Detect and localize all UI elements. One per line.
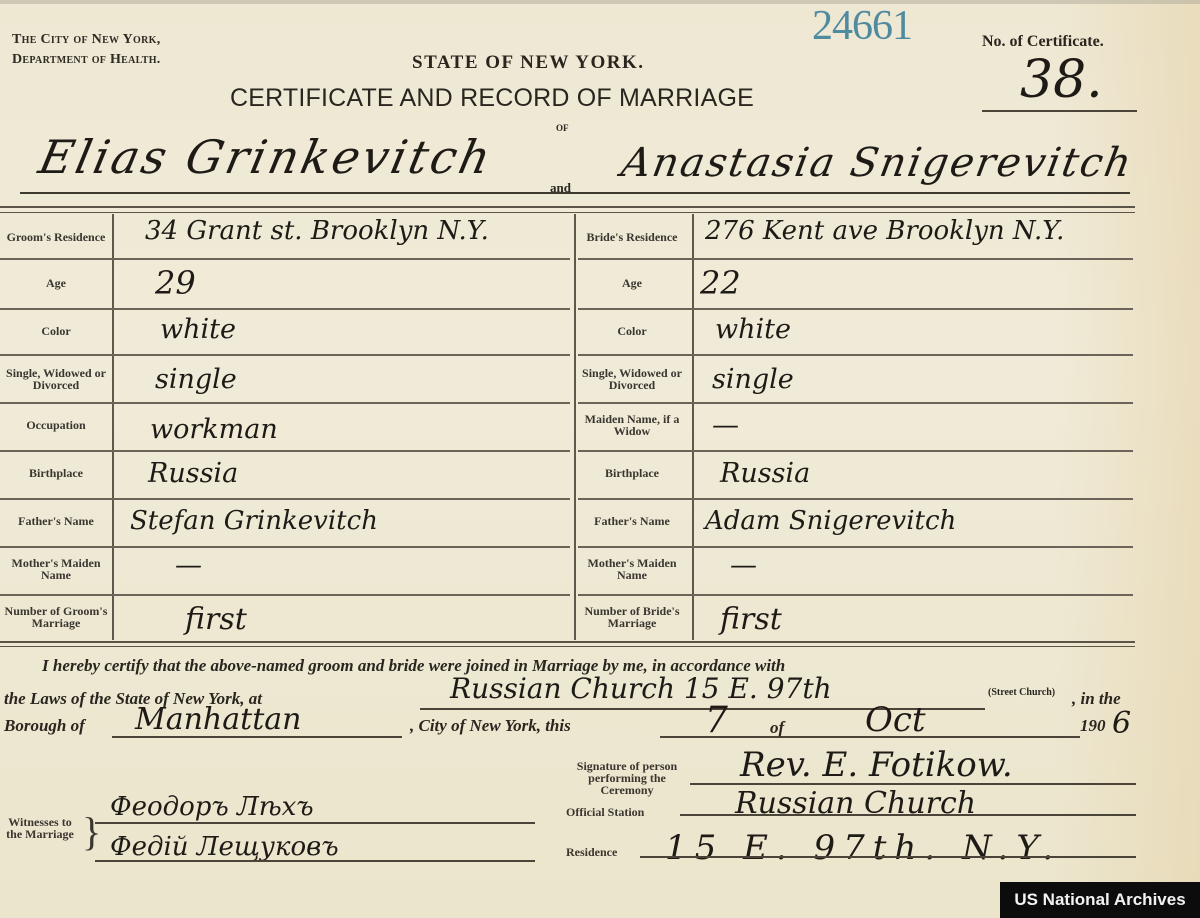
row-label: Father's Name (0, 504, 112, 538)
column-divider (112, 214, 114, 640)
row-rule (0, 308, 570, 310)
certificate-number-line (982, 110, 1137, 112)
top-edge (0, 0, 1200, 4)
witnesses-label: Witnesses to the Marriage (2, 816, 78, 840)
officiant-signature: Rev. E. Fotikow. (740, 745, 1013, 785)
bride-birthplace: Russia (720, 458, 810, 489)
row-label: Mother's Maiden Name (576, 552, 688, 586)
witness-2: Федій Лещуковъ (110, 832, 339, 862)
row-label: Color (0, 316, 112, 346)
groom-age: 29 (155, 264, 196, 302)
residence-label: Residence (566, 846, 617, 858)
row-rule (0, 498, 570, 500)
groom-occupation: workman (150, 414, 278, 445)
divider (0, 206, 1135, 208)
row-label: Number of Bride's Marriage (576, 596, 688, 638)
bride-residence: 276 Kent ave Brooklyn N.Y. (705, 216, 1064, 246)
witness-1: Феодоръ Лѣхъ (110, 792, 314, 822)
certification-line3-prefix: Borough of (4, 716, 85, 736)
row-rule (0, 402, 570, 404)
state-heading: STATE OF NEW YORK. (412, 52, 645, 74)
groom-father-name: Stefan Grinkevitch (130, 506, 378, 536)
year-suffix: 6 (1112, 706, 1131, 741)
borough: Manhattan (135, 702, 301, 737)
row-rule (0, 354, 570, 356)
groom-mother-name: — (175, 550, 202, 581)
row-rule (0, 450, 570, 452)
row-rule (0, 258, 570, 260)
certificate-number-label: No. of Certificate. (982, 33, 1104, 51)
row-rule (578, 546, 1133, 548)
document-title: CERTIFICATE AND RECORD OF MARRIAGE (230, 84, 754, 113)
row-label: Number of Groom's Marriage (0, 596, 112, 638)
row-rule (578, 402, 1133, 404)
station-underline (680, 814, 1136, 816)
certificate-number: 38. (1020, 50, 1103, 110)
brace-icon: } (82, 812, 101, 852)
bride-name: Anastasia Snigerevitch (618, 140, 1137, 186)
marriage-day: 7 (705, 700, 728, 741)
marriage-month: Oct (865, 700, 926, 740)
column-divider (692, 214, 694, 640)
year-prefix: 190 (1080, 716, 1106, 736)
street-church-note: (Street Church) (988, 688, 1055, 698)
row-label: Occupation (0, 410, 112, 440)
bride-age: 22 (700, 264, 741, 302)
row-label: Single, Widowed or Divorced (0, 358, 112, 400)
row-label: Age (0, 268, 112, 298)
groom-marriage-number: first (185, 602, 247, 637)
divider (0, 641, 1135, 643)
department-line1: The City of New York, (12, 30, 161, 50)
row-label: Birthplace (576, 458, 688, 488)
groom-color: white (160, 314, 236, 345)
row-label: Color (576, 316, 688, 346)
department-heading: The City of New York, Department of Heal… (12, 30, 161, 70)
bride-father-name: Adam Snigerevitch (705, 506, 956, 536)
marriage-place: Russian Church 15 E. 97th (450, 672, 832, 705)
row-rule (578, 258, 1133, 260)
certificate-paper: The City of New York, Department of Heal… (0, 0, 1200, 918)
bride-maiden-name: — (712, 410, 739, 441)
groom-status: single (155, 364, 237, 395)
row-rule (0, 546, 570, 548)
of-label: OF (556, 123, 569, 133)
source-watermark: US National Archives (1000, 882, 1200, 918)
groom-birthplace: Russia (148, 458, 238, 489)
divider (0, 212, 1135, 213)
row-rule (578, 308, 1133, 310)
bride-marriage-number: first (720, 602, 782, 637)
signature-label: Signature of person performing the Cerem… (562, 760, 692, 796)
row-label: Single, Widowed or Divorced (576, 358, 688, 400)
row-label: Birthplace (0, 458, 112, 488)
row-label: Mother's Maiden Name (0, 552, 112, 586)
row-label: Age (576, 268, 688, 298)
row-rule (578, 354, 1133, 356)
row-rule (578, 450, 1133, 452)
row-label: Groom's Residence (0, 220, 112, 254)
bride-color: white (715, 314, 791, 345)
stamp-number: 24661 (812, 2, 912, 50)
groom-residence: 34 Grant st. Brooklyn N.Y. (145, 216, 489, 246)
official-station-label: Official Station (566, 806, 644, 818)
officiant-residence: 15 E. 97th. N.Y. (665, 828, 1061, 868)
row-label: Father's Name (576, 504, 688, 538)
row-label: Maiden Name, if a Widow (576, 408, 688, 442)
witness-1-underline (95, 822, 535, 824)
residence-underline (640, 856, 1136, 858)
witness-2-underline (95, 860, 535, 862)
signature-underline (690, 783, 1136, 785)
department-line2: Department of Health. (12, 50, 161, 70)
bride-mother-name: — (730, 550, 757, 581)
divider (0, 646, 1135, 647)
row-label: Bride's Residence (576, 220, 688, 254)
names-underline (20, 192, 1130, 194)
bride-status: single (712, 364, 794, 395)
date-of-label: of (770, 718, 784, 738)
groom-name: Elias Grinkevitch (34, 130, 498, 184)
row-rule (578, 498, 1133, 500)
certification-line3-mid: , City of New York, this (410, 716, 571, 736)
